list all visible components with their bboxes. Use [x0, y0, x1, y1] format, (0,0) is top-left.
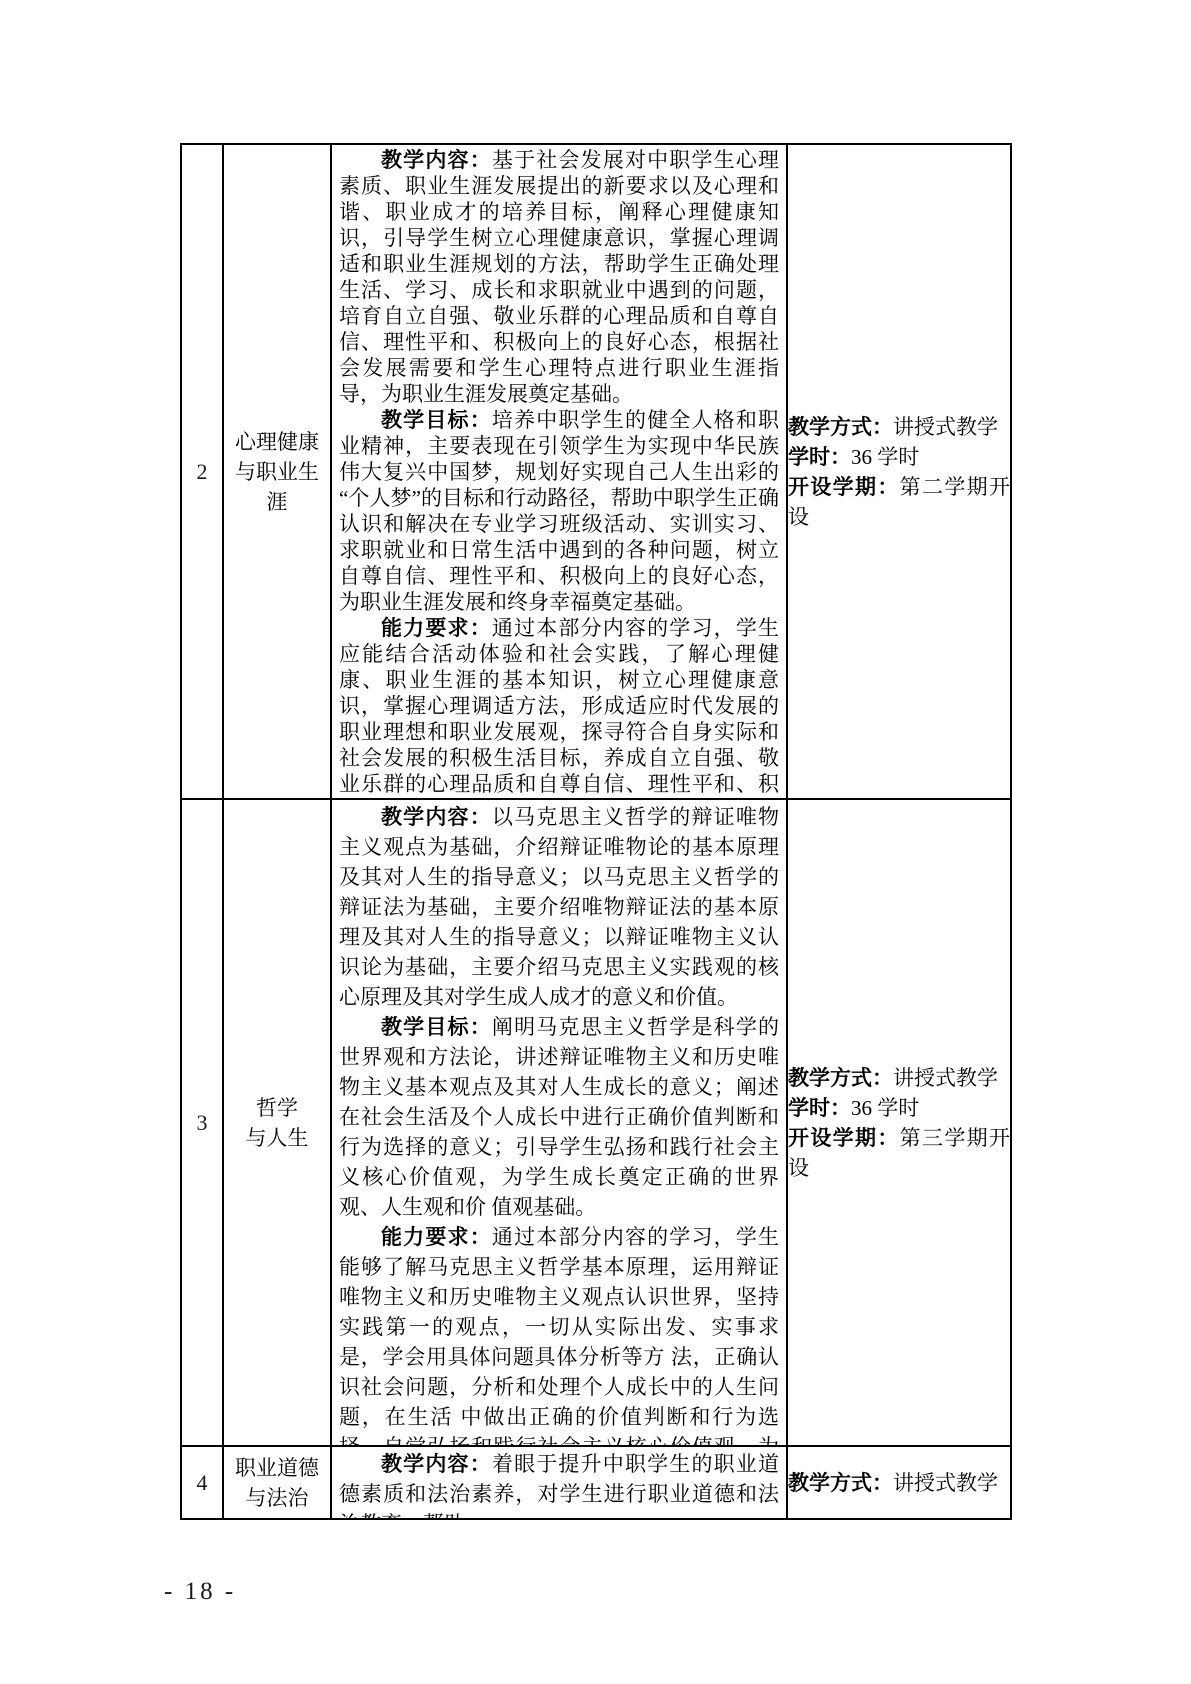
section-label: 教学目标： [381, 408, 492, 432]
section-paragraph: 能力要求：通过本部分内容的学习，学生能够了解马克思主义哲学基本原理，运用辩证唯物… [339, 1222, 779, 1445]
section-paragraph: 教学目标：阐明马克思主义哲学是科学的世界观和方法论，讲述辩证唯物主义和历史唯物主… [339, 1012, 779, 1222]
course-name-cell: 职业道德 与法治 [223, 1446, 331, 1519]
section-label: 能力要求： [381, 1225, 492, 1249]
info-value: 讲授式教学 [893, 1471, 998, 1495]
course-name-line: 心理健康 [224, 427, 330, 457]
page-number: - 18 - [164, 1578, 236, 1606]
row-number-cell: 4 [181, 1446, 223, 1519]
section-paragraph: 教学目标：培养中职学生的健全人格和职业精神，主要表现在引领学生为实现中华民族伟大… [339, 407, 779, 615]
course-content: 教学内容：基于社会发展对中职学生心理素质、职业生涯发展提出的新要求以及心理和谐、… [332, 145, 786, 798]
info-label: 教学方式： [788, 415, 893, 439]
section-text: 通过本部分内容的学习，学生应能结合活动体验和社会实践，了解心理健康、职业生涯的基… [339, 616, 779, 798]
course-name-line: 涯 [224, 487, 330, 517]
section-text: 阐明马克思主义哲学是科学的世界观和方法论，讲述辩证唯物主义和历史唯物主义基本观点… [339, 1015, 779, 1219]
info-label: 教学方式： [788, 1066, 893, 1090]
section-label: 教学目标： [381, 1015, 492, 1039]
section-text: 通过本部分内容的学习，学生能够了解马克思主义哲学基本原理，运用辩证唯物主义和历史… [339, 1225, 779, 1445]
section-label: 能力要求： [381, 616, 492, 640]
info-label: 开设学期： [788, 475, 900, 499]
course-info-cell: 教学方式：讲授式教学 学时：36 学时 开设学期：第三学期开设 [787, 799, 1011, 1446]
section-label: 教学内容： [381, 805, 492, 829]
info-value: 讲授式教学 [893, 1066, 998, 1090]
course-name-line: 与法治 [224, 1483, 330, 1513]
course-name-cell: 心理健康 与职业生 涯 [223, 144, 331, 799]
class-hours: 学时：36 学时 [788, 442, 1010, 472]
table-row: 4 职业道德 与法治 教学内容：着眼于提升中职学生的职业道德素质和法治素养，对学… [181, 1446, 1011, 1519]
course-name-cell: 哲学 与人生 [223, 799, 331, 1446]
section-text: 以马克思主义哲学的辩证唯物主义观点为基础，介绍辩证唯物论的基本原理及其对人生的指… [339, 805, 779, 1009]
table-row: 2 心理健康 与职业生 涯 教学内容：基于社会发展对中职学生心理素质、职业生涯发… [181, 144, 1011, 799]
row-number-cell: 2 [181, 144, 223, 799]
info-label: 教学方式： [788, 1471, 893, 1495]
course-outline-table: 2 心理健康 与职业生 涯 教学内容：基于社会发展对中职学生心理素质、职业生涯发… [180, 143, 1012, 1520]
row-number: 4 [197, 1470, 208, 1495]
section-paragraph: 教学内容：着眼于提升中职学生的职业道德素质和法治素养，对学生进行职业道德和法治教… [339, 1449, 779, 1518]
teaching-method: 教学方式：讲授式教学 [788, 412, 1010, 442]
section-label: 教学内容： [381, 148, 492, 172]
course-content-cell: 教学内容：以马克思主义哲学的辩证唯物主义观点为基础，介绍辩证唯物论的基本原理及其… [331, 799, 787, 1446]
section-text: 培养中职学生的健全人格和职业精神，主要表现在引领学生为实现中华民族伟大复兴中国梦… [339, 408, 779, 614]
course-info-cell: 教学方式：讲授式教学 [787, 1446, 1011, 1519]
course-name-line: 哲学 [224, 1093, 330, 1123]
section-text: 基于社会发展对中职学生心理素质、职业生涯发展提出的新要求以及心理和谐、职业成才的… [339, 148, 779, 406]
course-name-line: 与职业生 [224, 457, 330, 487]
course-name-line: 与人生 [224, 1123, 330, 1153]
info-label: 开设学期： [788, 1126, 900, 1150]
table-row: 3 哲学 与人生 教学内容：以马克思主义哲学的辩证唯物主义观点为基础，介绍辩证唯… [181, 799, 1011, 1446]
info-value: 36 学时 [851, 445, 919, 469]
course-content: 教学内容：以马克思主义哲学的辩证唯物主义观点为基础，介绍辩证唯物论的基本原理及其… [332, 800, 786, 1445]
section-paragraph: 教学内容：以马克思主义哲学的辩证唯物主义观点为基础，介绍辩证唯物论的基本原理及其… [339, 802, 779, 1012]
class-hours: 学时：36 学时 [788, 1093, 1010, 1123]
section-paragraph: 能力要求：通过本部分内容的学习，学生应能结合活动体验和社会实践，了解心理健康、职… [339, 615, 779, 798]
row-number: 2 [197, 459, 208, 484]
section-label: 教学内容： [381, 1452, 492, 1476]
semester: 开设学期：第二学期开设 [788, 472, 1010, 532]
section-paragraph: 教学内容：基于社会发展对中职学生心理素质、职业生涯发展提出的新要求以及心理和谐、… [339, 147, 779, 407]
row-number-cell: 3 [181, 799, 223, 1446]
info-label: 学时： [788, 1096, 851, 1120]
row-number: 3 [197, 1110, 208, 1135]
document-page: 2 心理健康 与职业生 涯 教学内容：基于社会发展对中职学生心理素质、职业生涯发… [0, 0, 1191, 1684]
course-content-cell: 教学内容：基于社会发展对中职学生心理素质、职业生涯发展提出的新要求以及心理和谐、… [331, 144, 787, 799]
teaching-method: 教学方式：讲授式教学 [788, 1468, 1010, 1498]
course-content: 教学内容：着眼于提升中职学生的职业道德素质和法治素养，对学生进行职业道德和法治教… [332, 1447, 786, 1518]
course-info-cell: 教学方式：讲授式教学 学时：36 学时 开设学期：第二学期开设 [787, 144, 1011, 799]
teaching-method: 教学方式：讲授式教学 [788, 1063, 1010, 1093]
course-content-cell: 教学内容：着眼于提升中职学生的职业道德素质和法治素养，对学生进行职业道德和法治教… [331, 1446, 787, 1519]
info-value: 讲授式教学 [893, 415, 998, 439]
semester: 开设学期：第三学期开设 [788, 1123, 1010, 1183]
info-label: 学时： [788, 445, 851, 469]
info-value: 36 学时 [851, 1096, 919, 1120]
course-name-line: 职业道德 [224, 1453, 330, 1483]
